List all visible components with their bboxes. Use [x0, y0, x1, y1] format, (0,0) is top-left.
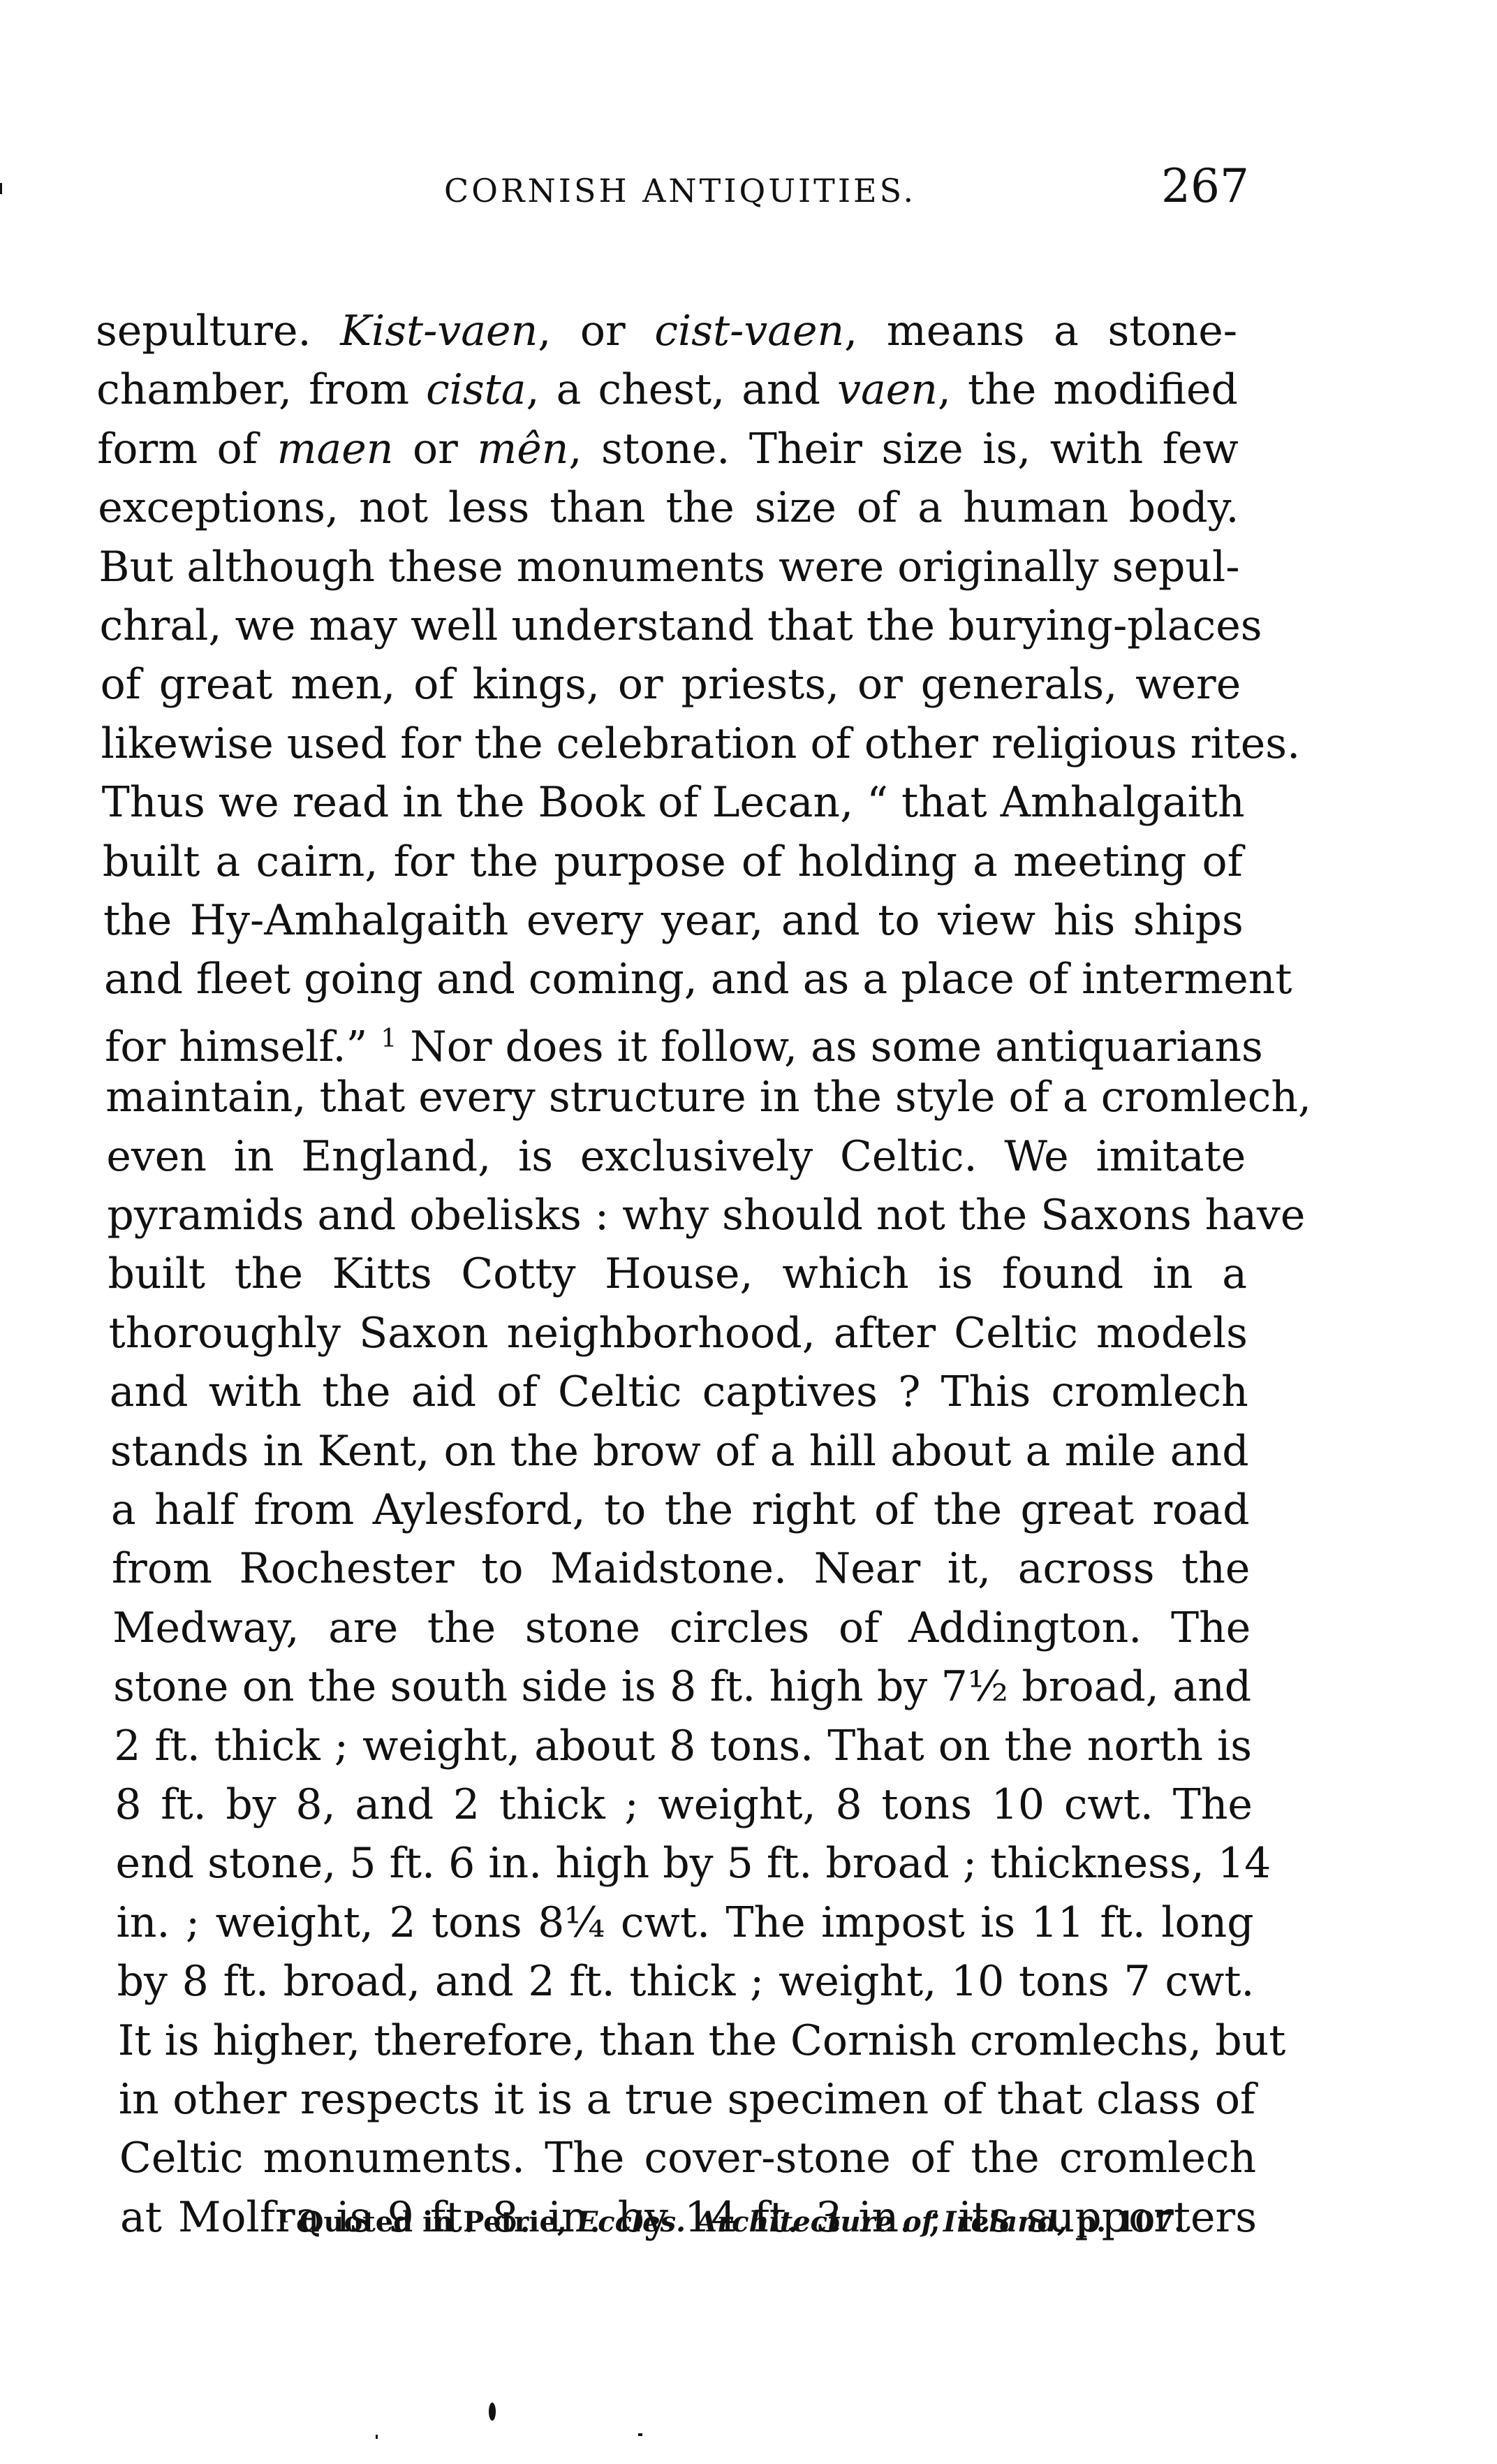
text-line: exceptions, not less than the size of a … — [98, 478, 1239, 538]
text-line: form of maen or mên, stone. Their size i… — [97, 420, 1239, 479]
text-line: in. ; weight, 2 tons 8¼ cwt. The impost … — [117, 1893, 1254, 1953]
running-title: CORNISH ANTIQUITIES. — [444, 172, 916, 210]
text-line: and with the aid of Celtic captives ? Th… — [110, 1363, 1248, 1422]
footnote-marker: 1 — [278, 2206, 290, 2227]
scan-speck — [376, 2435, 378, 2439]
text-line: Thus we read in the Book of Lecan, “ tha… — [102, 773, 1242, 833]
text-line: chral, we may well understand that the b… — [99, 596, 1240, 656]
text-line: Celtic monuments. The cover-stone of the… — [119, 2129, 1256, 2188]
footnote-text: Quoted in Petrie, — [300, 2206, 567, 2238]
text-line: stone on the south side is 8 ft. high by… — [113, 1657, 1251, 1717]
text-line: a half from Aylesford, to the right of t… — [111, 1481, 1250, 1540]
text-line: sepulture. Kist-vaen, or cist-vaen, mean… — [96, 302, 1237, 361]
footnote: 1 Quoted in Petrie, Eccles. Architecture… — [278, 2206, 1124, 2238]
scan-mark — [0, 183, 2, 194]
text-line: pyramids and obelisks : why should not t… — [107, 1186, 1246, 1245]
text-line: 2 ft. thick ; weight, about 8 tons. That… — [114, 1717, 1252, 1776]
text-line: But although these monuments were origin… — [98, 538, 1239, 597]
text-line: from Rochester to Maidstone. Near it, ac… — [112, 1539, 1250, 1599]
text-line: 8 ft. by 8, and 2 thick ; weight, 8 tons… — [115, 1775, 1253, 1835]
text-line: and fleet going and coming, and as a pla… — [104, 950, 1244, 1009]
text-line: likewise used for the celebration of oth… — [101, 714, 1241, 774]
text-line: by 8 ft. broad, and 2 ft. thick ; weight… — [117, 1952, 1255, 2011]
scan-speck — [638, 2433, 642, 2436]
text-line: thoroughly Saxon neighborhood, after Cel… — [109, 1304, 1248, 1363]
text-line: built the Kitts Cotty House, which is fo… — [108, 1245, 1248, 1304]
text-line: the Hy-Amhalgaith every year, and to vie… — [103, 891, 1244, 951]
text-line: in other respects it is a true specimen … — [119, 2070, 1255, 2129]
text-line: of great men, of kings, or priests, or g… — [101, 655, 1241, 714]
text-line: built a cairn, for the purpose of holdin… — [103, 833, 1243, 892]
page-header: CORNISH ANTIQUITIES. 267 — [0, 159, 1497, 215]
scan-speck — [489, 2403, 496, 2421]
text-line: end stone, 5 ft. 6 in. high by 5 ft. bro… — [115, 1834, 1253, 1893]
text-line: chamber, from cista, a chest, and vaen, … — [96, 360, 1238, 420]
text-line: Medway, are the stone circles of Addingt… — [112, 1599, 1251, 1658]
text-line: even in England, is exclusively Celtic. … — [106, 1127, 1246, 1187]
footnote-italic-title: Eccles. Architecture of Ireland, — [577, 2206, 1067, 2238]
text-line: maintain, that every structure in the st… — [105, 1068, 1245, 1127]
text-line: It is higher, therefore, than the Cornis… — [118, 2011, 1255, 2071]
footnote-page: p. 107. — [1077, 2206, 1183, 2238]
text-line: stands in Kent, on the brow of a hill ab… — [110, 1422, 1249, 1481]
page-number: 267 — [1161, 159, 1249, 213]
text-line: for himself.” 1 Nor does it follow, as s… — [105, 1009, 1244, 1069]
